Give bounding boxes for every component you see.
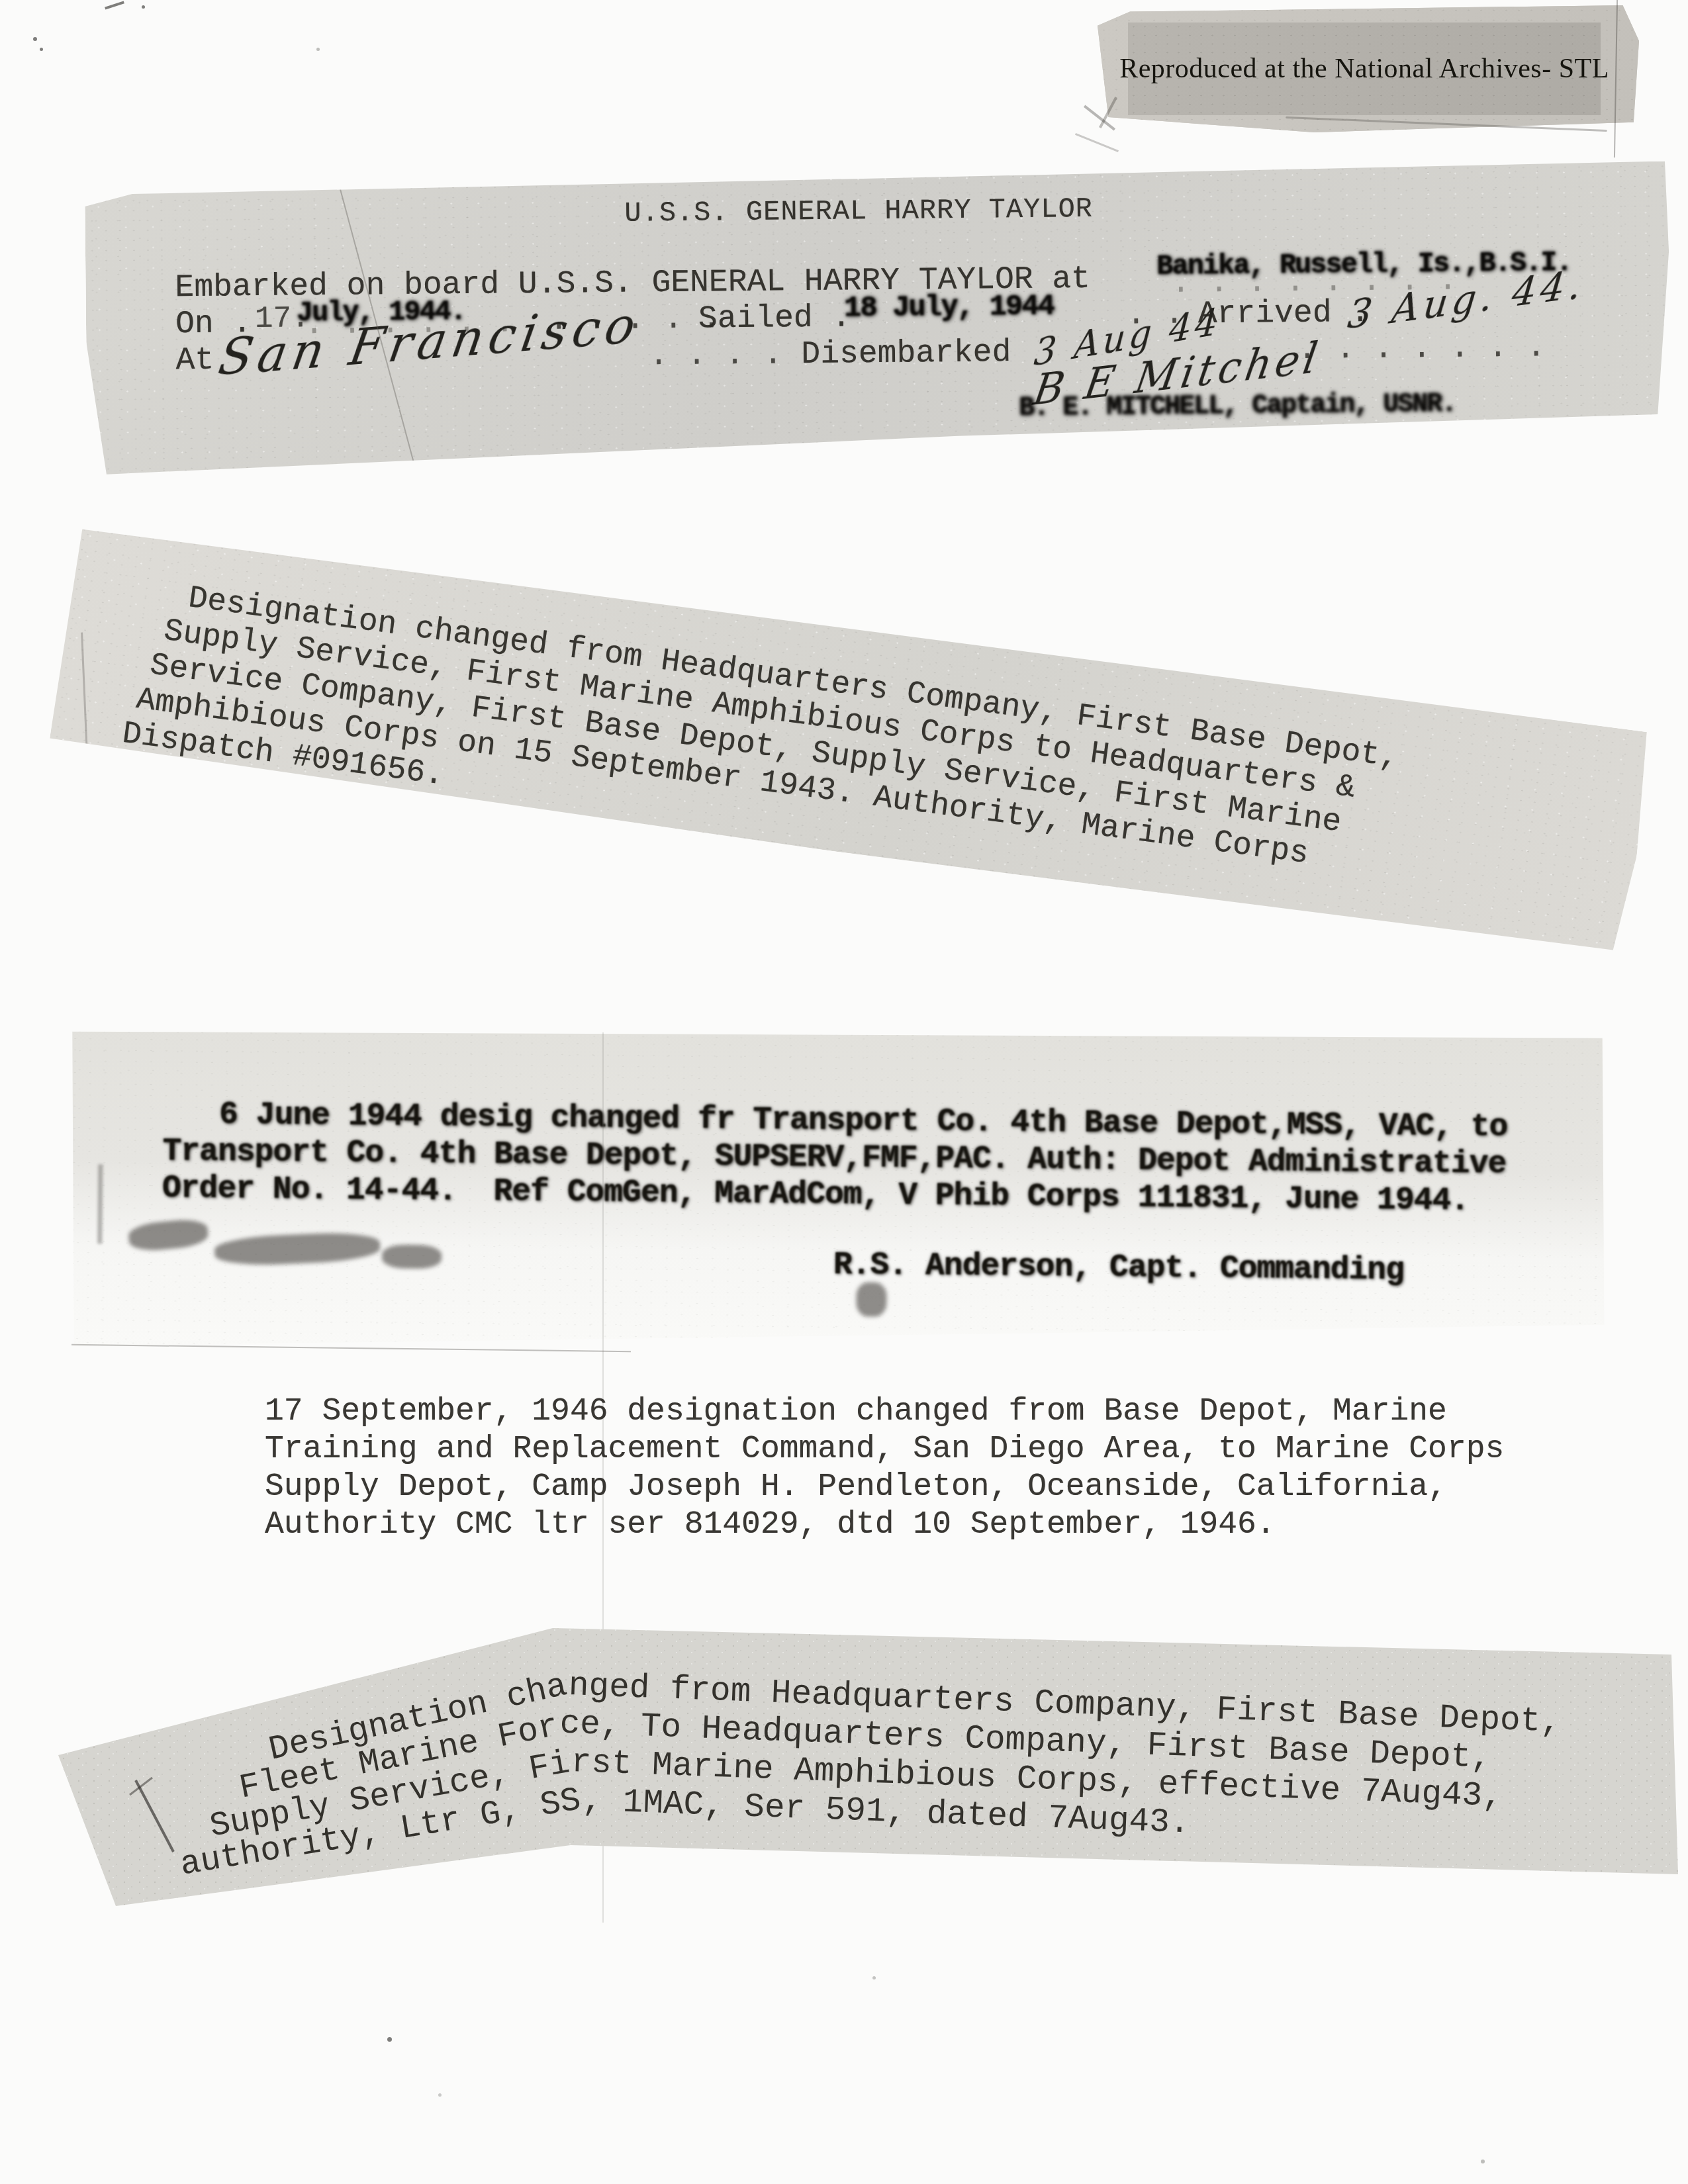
paper-speck [33,37,37,41]
sailed-date-stamp: 18 July, 1944 [844,290,1055,325]
ink-smudge [856,1282,886,1316]
paper-speck [1481,2160,1485,2163]
paper-speck [40,48,43,51]
ink-mark [97,1164,103,1244]
scanned-document-page: Reproduced at the National Archives- STL… [0,0,1688,2184]
dotted-leader: . . . . [649,336,782,375]
ink-smudge [214,1231,381,1267]
faint-edge-line [71,1344,631,1352]
pen-scribble [1075,133,1119,152]
uss-harry-taylor-slip: U.S.S. GENERAL HARRY TAYLOR Embarked on … [85,161,1671,478]
paper-speck [316,48,320,51]
captain-name-stamp: B. E. MITCHELL, Captain, USNR. [1019,390,1456,424]
paper-scratch [105,1,124,9]
designation-1943-text: Designation changed from Headquarters Co… [49,524,1653,950]
archives-banner-label: Reproduced at the National Archives- STL [1119,53,1609,85]
ink-smudge [128,1218,209,1253]
paper-speck [142,5,145,9]
typed-line: Authority CMC ltr ser 814029, dtd 10 Sep… [265,1506,1504,1544]
transport-1944-slip: 6 June 1944 desig changed fr Transport C… [65,1022,1611,1364]
paper-speck [438,2093,442,2097]
typed-line: Training and Replacement Command, San Di… [265,1431,1504,1469]
disembarked-label: Disembarked [801,334,1011,374]
at-label: At [175,342,214,381]
paper-speck [387,2037,392,2042]
typed-line: Supply Depot, Camp Joseph H. Pendleton, … [265,1469,1504,1506]
designation-aug43-slip: Designation changed from Headquarters Co… [0,1575,1688,1985]
paper-speck [872,1976,876,1979]
archives-banner-box: Reproduced at the National Archives- STL [1128,23,1601,115]
pendleton-1946-block: 17 September, 1946 designation changed f… [265,1393,1504,1544]
designation-1943-slip: Designation changed from Headquarters Co… [48,524,1653,956]
ink-smudge [382,1244,442,1269]
commanding-officer-signature: R.S. Anderson, Capt. Commanding [833,1248,1404,1289]
archives-banner-strip: Reproduced at the National Archives- STL [1098,5,1639,132]
ship-title: U.S.S. GENERAL HARRY TAYLOR [624,191,1093,233]
dotted-leader: . . . . . . . [1297,329,1546,369]
arrived-label: Arrived . [1198,295,1370,334]
typed-line: 17 September, 1946 designation changed f… [265,1393,1504,1431]
sailed-label: Sailed . [698,299,851,338]
